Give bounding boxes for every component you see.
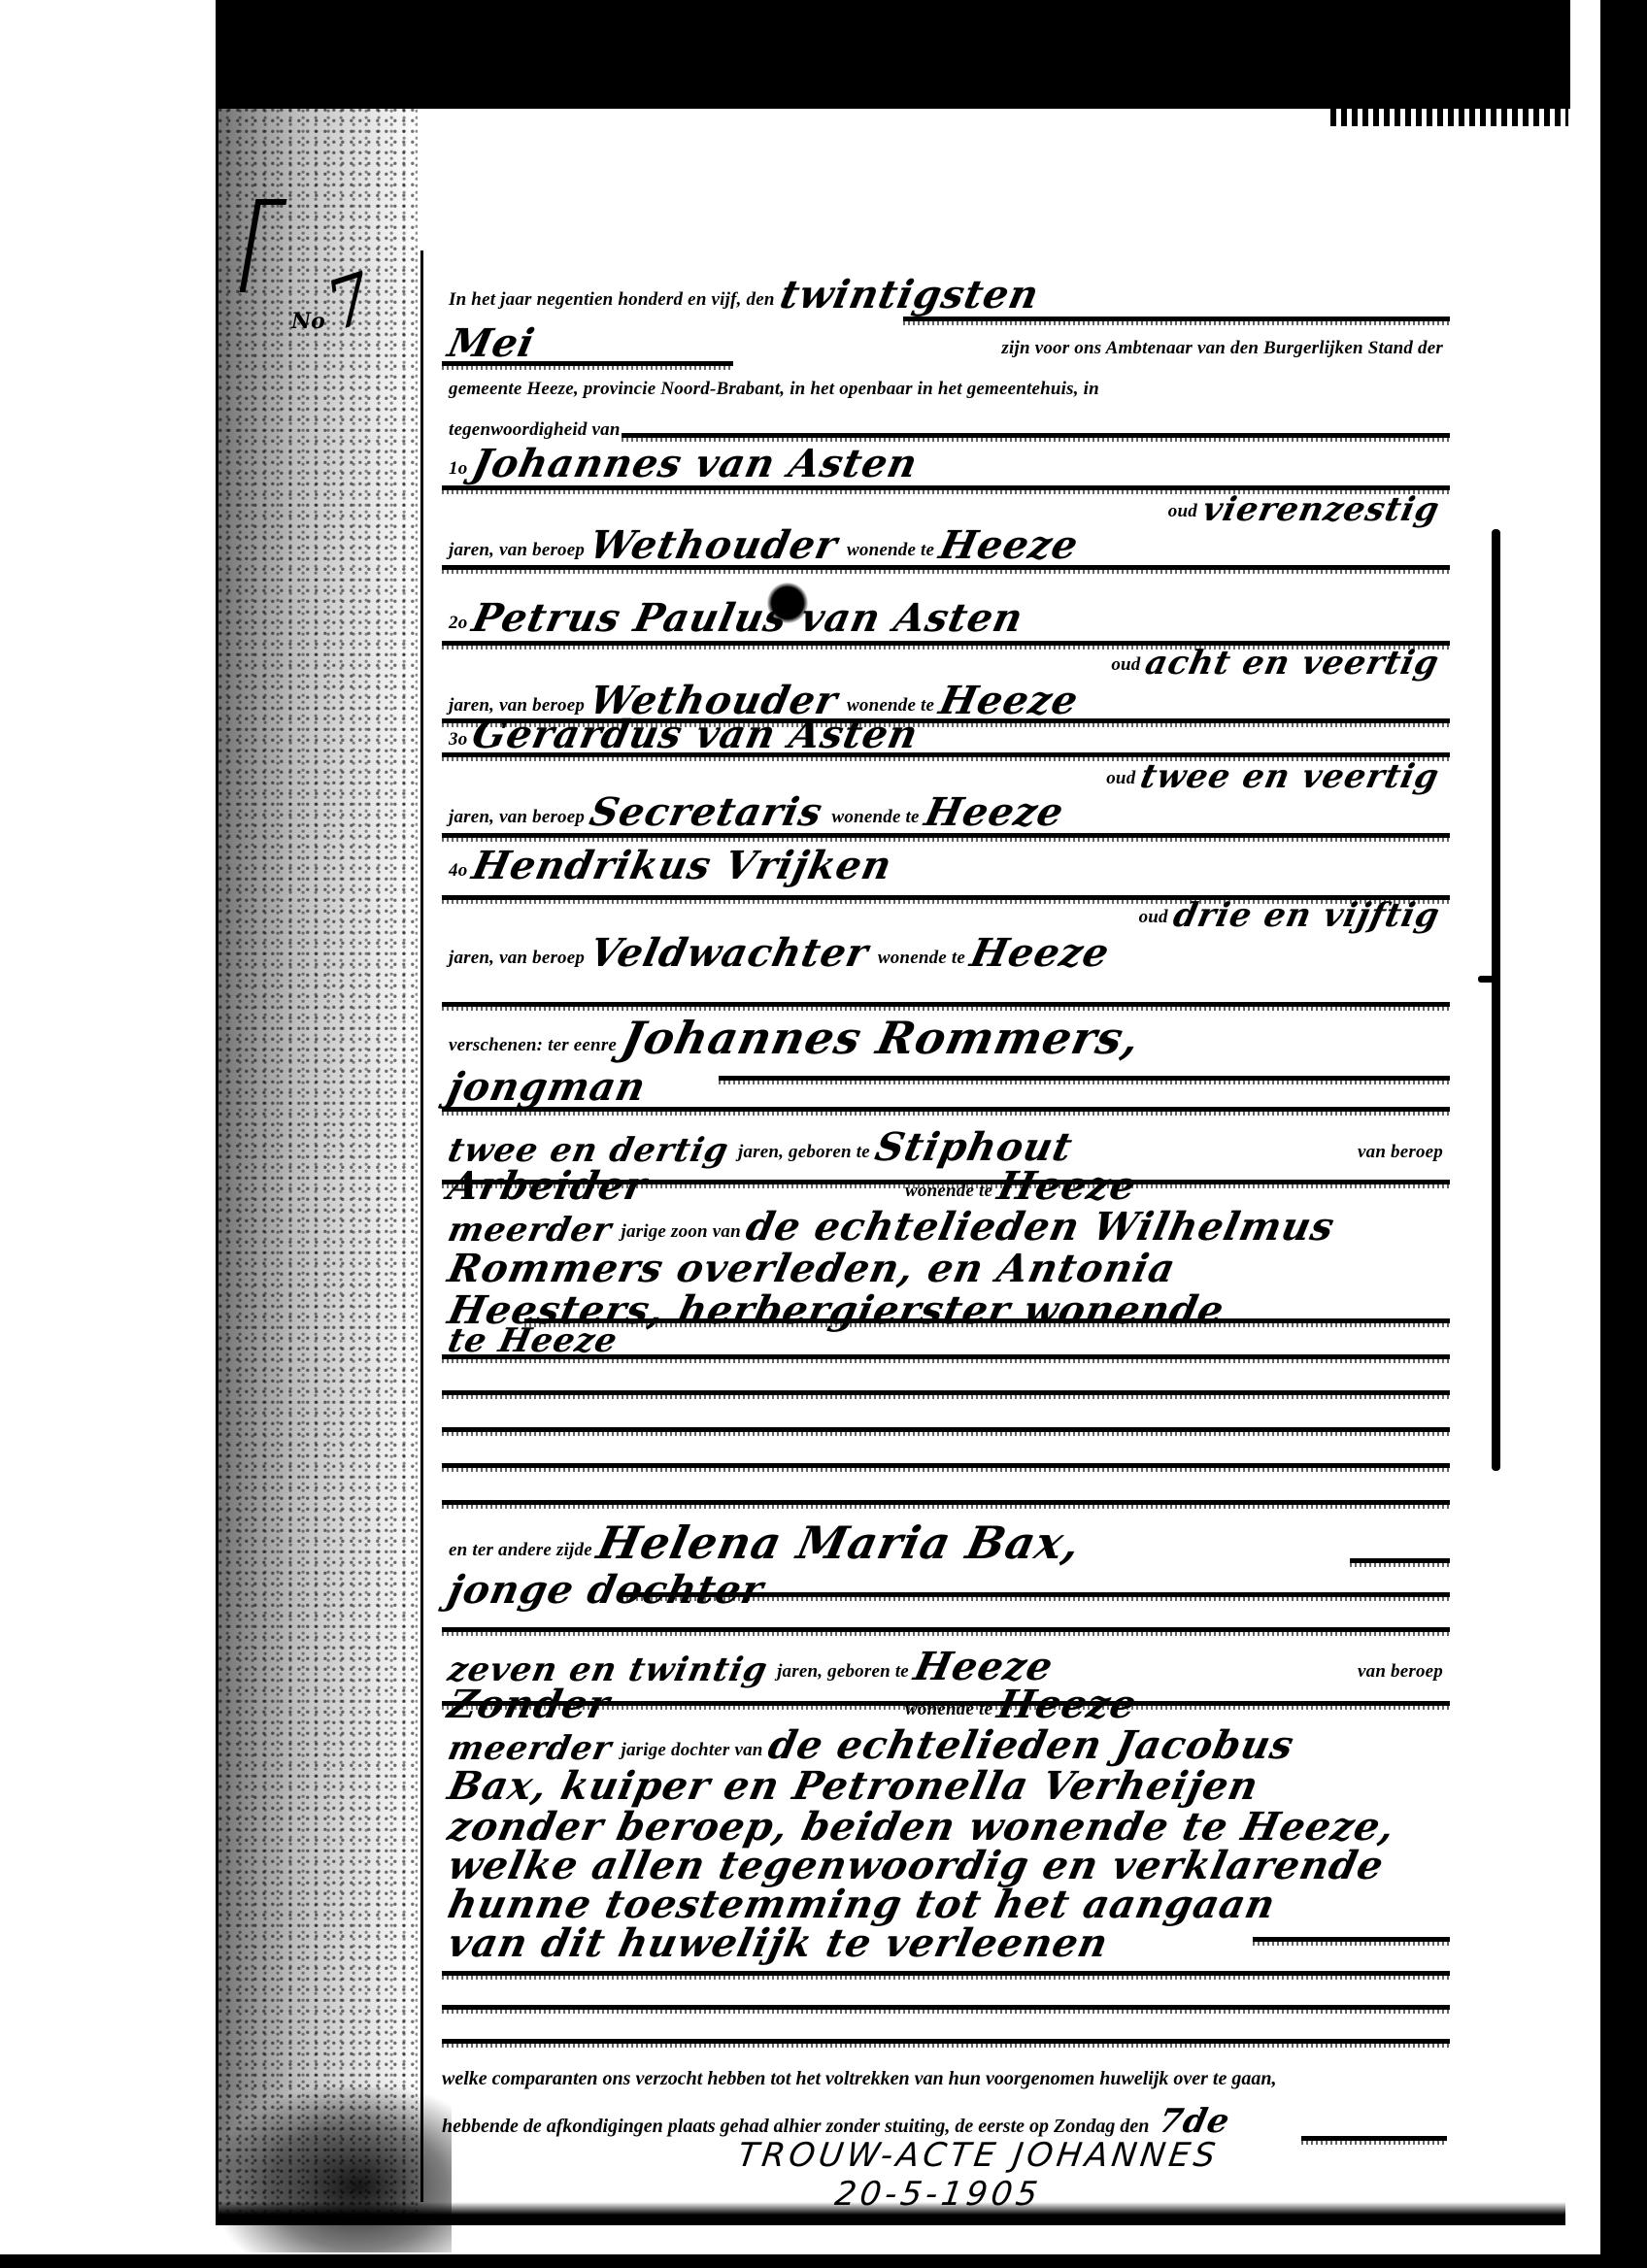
bottom-left-smudge xyxy=(218,2087,452,2252)
rule xyxy=(524,1318,1450,1323)
scan-bottom-black-bar xyxy=(0,2254,1647,2268)
rule xyxy=(442,1180,1450,1184)
groom-parents-4: te Heeze xyxy=(445,1324,621,1357)
rule xyxy=(442,1971,1450,1976)
witness-residence: Heeze xyxy=(967,934,1113,973)
witness-occupation: Veldwachter xyxy=(587,934,872,973)
witness-3-occupation-row: jaren, van beroep Secretaris wonende te … xyxy=(449,782,1449,834)
groom-status: jongman xyxy=(445,1068,650,1107)
wonende-label: wonende te xyxy=(832,807,920,828)
rule xyxy=(442,1500,1450,1505)
witness-residence: Heeze xyxy=(936,526,1082,565)
act-number-label: No xyxy=(291,309,325,334)
witness-occupation: Wethouder xyxy=(587,526,841,565)
header-print-1: In het jaar negentien honderd en vijf, d… xyxy=(449,289,775,311)
witness-1-occupation-row: jaren, van beroep Wethouder wonende te H… xyxy=(449,515,1449,567)
rule xyxy=(442,2039,1450,2044)
left-margin-shading xyxy=(218,107,418,2223)
rule xyxy=(1301,2136,1447,2141)
annotation-title: TROUW-ACTE JOHANNES xyxy=(735,2136,1222,2175)
rule xyxy=(719,1076,1450,1081)
jaren-label: jaren, van beroep xyxy=(449,807,585,828)
wonende-label: wonende te xyxy=(878,948,965,969)
right-brace-line xyxy=(1492,529,1500,1471)
scan-right-black-strip xyxy=(1600,0,1647,2268)
wonende-label: wonende te xyxy=(847,540,934,561)
witness-ordinal: 4o xyxy=(449,860,467,882)
witness-occupation: Secretaris xyxy=(587,793,826,832)
rule xyxy=(442,1427,1450,1432)
groom-intro: verschenen: ter eenre xyxy=(449,1035,617,1056)
bride-status-row: jonge dochter xyxy=(449,1559,1449,1612)
witness-4-name-row: 4o Hendrikus Vrijken xyxy=(449,835,1449,887)
rule xyxy=(442,1107,1450,1112)
groom-name: Johannes Rommers, xyxy=(618,1016,1144,1060)
witness-name: Hendrikus Vrijken xyxy=(469,847,895,885)
footer-line-2: hebbende de afkondigingen plaats gehad a… xyxy=(442,2105,1239,2140)
scan-top-bar-ragged-edge xyxy=(1330,97,1568,126)
header-line-1: In het jaar negentien honderd en vijf, d… xyxy=(449,264,1449,317)
rule xyxy=(442,1390,1450,1395)
margin-vertical-rule xyxy=(420,250,423,2202)
rule xyxy=(622,1592,1450,1597)
witness-4-occupation-row: jaren, van beroep Veldwachter wonende te… xyxy=(449,922,1449,975)
footer-line-1: welke comparanten ons verzocht hebben to… xyxy=(442,2068,1276,2090)
rule xyxy=(442,1701,1450,1706)
right-brace-notch xyxy=(1478,976,1496,983)
annotation-date: 20-5-1905 xyxy=(832,2175,1044,2214)
rule xyxy=(442,2005,1450,2010)
rule xyxy=(442,1354,1450,1359)
footer-date-handwritten: 7de xyxy=(1157,2105,1233,2138)
bride-parents-6: van dit huwelijk te verleenen xyxy=(445,1924,1112,1963)
witness-residence: Heeze xyxy=(921,793,1066,832)
rule xyxy=(442,1002,1450,1007)
footer-line-2-print: hebbende de afkondigingen plaats gehad a… xyxy=(442,2116,1149,2137)
jaren-label: jaren, van beroep xyxy=(449,948,585,969)
rule xyxy=(442,1627,1450,1632)
rule xyxy=(1253,1937,1450,1942)
day-handwritten: twintigsten xyxy=(776,276,1042,315)
rule xyxy=(442,1463,1450,1468)
bride-status: jonge dochter xyxy=(445,1571,767,1610)
rule xyxy=(442,565,1450,570)
groom-parents-row-4b: te Heeze xyxy=(449,1307,1449,1359)
bride-intro: en ter andere zijde xyxy=(449,1540,592,1561)
scan-top-black-bar xyxy=(216,0,1570,109)
jaren-label: jaren, van beroep xyxy=(449,540,585,561)
groom-name-row: verschenen: ter eenre Johannes Rommers, xyxy=(449,1010,1449,1062)
